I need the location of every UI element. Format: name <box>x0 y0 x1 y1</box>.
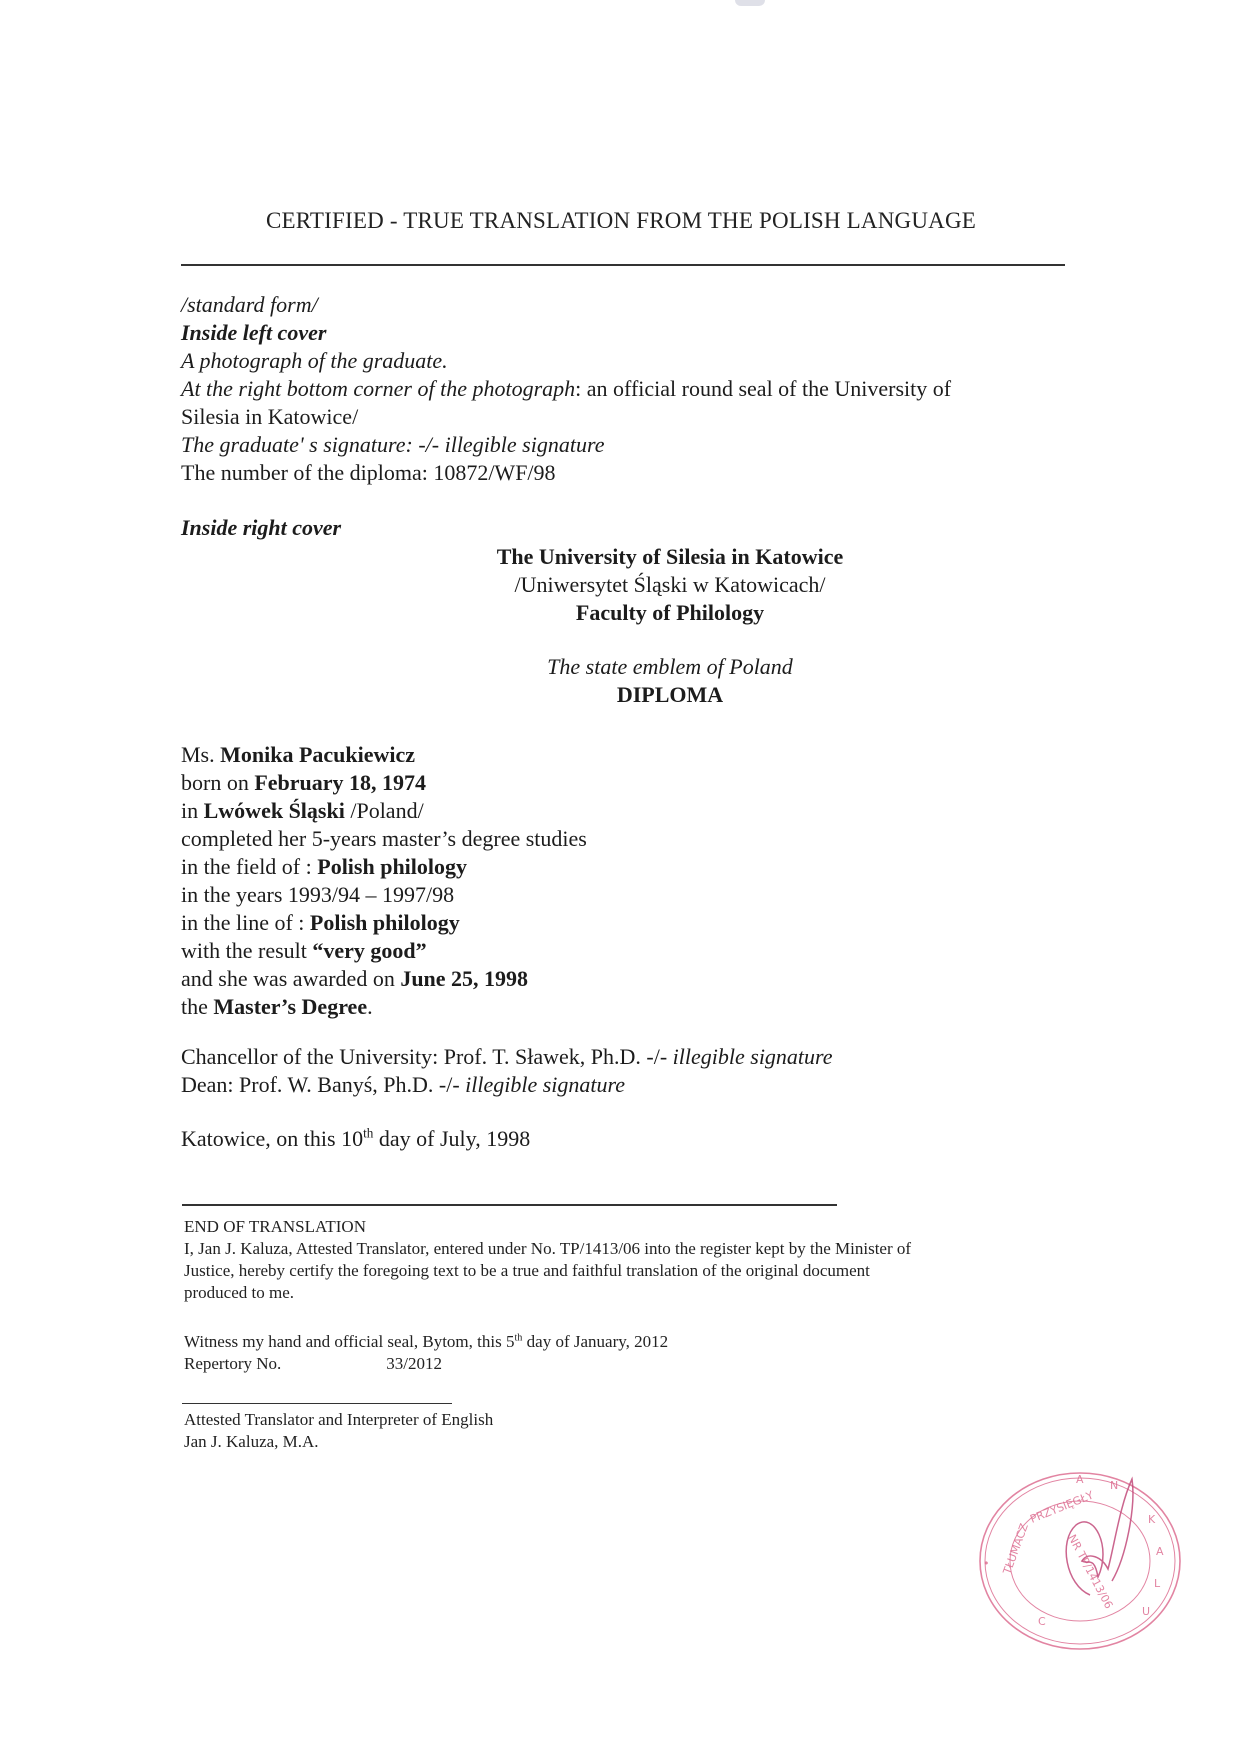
standard-form-note: /standard form/ <box>181 291 951 319</box>
scan-artifact <box>735 0 765 6</box>
birth-place-line: in Lwówek Śląski /Poland/ <box>181 797 587 825</box>
translator-name: Jan J. Kaluza, M.A. <box>184 1431 493 1453</box>
degree-line: the Master’s Degree. <box>181 993 587 1021</box>
university-name: The University of Silesia in Katowice <box>360 543 980 571</box>
award-date-line: and she was awarded on June 25, 1998 <box>181 965 587 993</box>
witness-line: Witness my hand and official seal, Bytom… <box>184 1331 668 1353</box>
graduate-name-line: Ms. Monika Pacukiewicz <box>181 741 587 769</box>
dean-line: Dean: Prof. W. Banyś, Ph.D. -/- illegibl… <box>181 1071 833 1099</box>
certification-statement-2: Justice, hereby certify the foregoing te… <box>184 1260 911 1282</box>
field-line: in the field of : Polish philology <box>181 853 587 881</box>
state-emblem-note: The state emblem of Poland <box>360 653 980 681</box>
years-line: in the years 1993/94 – 1997/98 <box>181 881 587 909</box>
svg-text:U: U <box>1142 1605 1150 1618</box>
svg-text:A: A <box>1076 1473 1084 1486</box>
certification-statement-1: I, Jan J. Kaluza, Attested Translator, e… <box>184 1238 911 1260</box>
svg-text:TŁUMACZ: TŁUMACZ <box>1000 1521 1031 1577</box>
seal-note: At the right bottom corner of the photog… <box>181 375 951 403</box>
translator-stamp: TŁUMACZ PRZYSIĘGŁY NR TP/1413/06 A N K A… <box>970 1465 1190 1655</box>
diploma-number: The number of the diploma: 10872/WF/98 <box>181 459 951 487</box>
officials-signatures: Chancellor of the University: Prof. T. S… <box>181 1043 833 1099</box>
birth-date-line: born on February 18, 1974 <box>181 769 587 797</box>
svg-text:C: C <box>1038 1615 1046 1628</box>
svg-text:L: L <box>1154 1577 1161 1590</box>
university-name-polish: /Uniwersytet Śląski w Katowicach/ <box>360 571 980 599</box>
line-of-study: in the line of : Polish philology <box>181 909 587 937</box>
certification-statement-3: produced to me. <box>184 1282 911 1304</box>
svg-text:N: N <box>1110 1479 1118 1492</box>
translator-role: Attested Translator and Interpreter of E… <box>184 1409 493 1431</box>
seal-note-continued: Silesia in Katowice/ <box>181 403 951 431</box>
repertory-line: Repertory No.33/2012 <box>184 1353 668 1375</box>
diploma-header: The state emblem of Poland DIPLOMA <box>360 653 980 709</box>
faculty-name: Faculty of Philology <box>360 599 980 627</box>
witness-block: Witness my hand and official seal, Bytom… <box>184 1331 668 1375</box>
photo-note: A photograph of the graduate. <box>181 347 951 375</box>
title-divider <box>181 264 1065 266</box>
signature-rule <box>182 1403 452 1404</box>
university-header: The University of Silesia in Katowice /U… <box>360 543 980 627</box>
inside-left-cover-heading: Inside left cover <box>181 319 951 347</box>
left-cover-section: /standard form/ Inside left cover A phot… <box>181 291 951 487</box>
result-line: with the result “very good” <box>181 937 587 965</box>
chancellor-line: Chancellor of the University: Prof. T. S… <box>181 1043 833 1071</box>
certification-block: END OF TRANSLATION I, Jan J. Kaluza, Att… <box>184 1216 911 1304</box>
repertory-number: 33/2012 <box>386 1354 442 1373</box>
document-title: CERTIFIED - TRUE TRANSLATION FROM THE PO… <box>0 208 1242 234</box>
studies-line: completed her 5-years master’s degree st… <box>181 825 587 853</box>
end-of-translation-label: END OF TRANSLATION <box>184 1216 911 1238</box>
svg-text:PRZYSIĘGŁY: PRZYSIĘGŁY <box>1028 1488 1095 1525</box>
svg-text:A: A <box>1156 1545 1164 1558</box>
end-divider <box>182 1204 837 1206</box>
translator-block: Attested Translator and Interpreter of E… <box>184 1409 493 1453</box>
round-seal-icon: TŁUMACZ PRZYSIĘGŁY NR TP/1413/06 A N K A… <box>970 1465 1190 1655</box>
svg-text:•: • <box>983 1557 990 1570</box>
svg-text:K: K <box>1148 1513 1156 1526</box>
diploma-title: DIPLOMA <box>360 681 980 709</box>
svg-text:NR TP/1413/06: NR TP/1413/06 <box>1065 1532 1115 1611</box>
place-date-line: Katowice, on this 10th day of July, 1998 <box>181 1125 530 1153</box>
graduate-signature-note: The graduate' s signature: -/- illegible… <box>181 431 951 459</box>
graduate-details: Ms. Monika Pacukiewicz born on February … <box>181 741 587 1021</box>
inside-right-cover-heading: Inside right cover <box>181 514 341 542</box>
